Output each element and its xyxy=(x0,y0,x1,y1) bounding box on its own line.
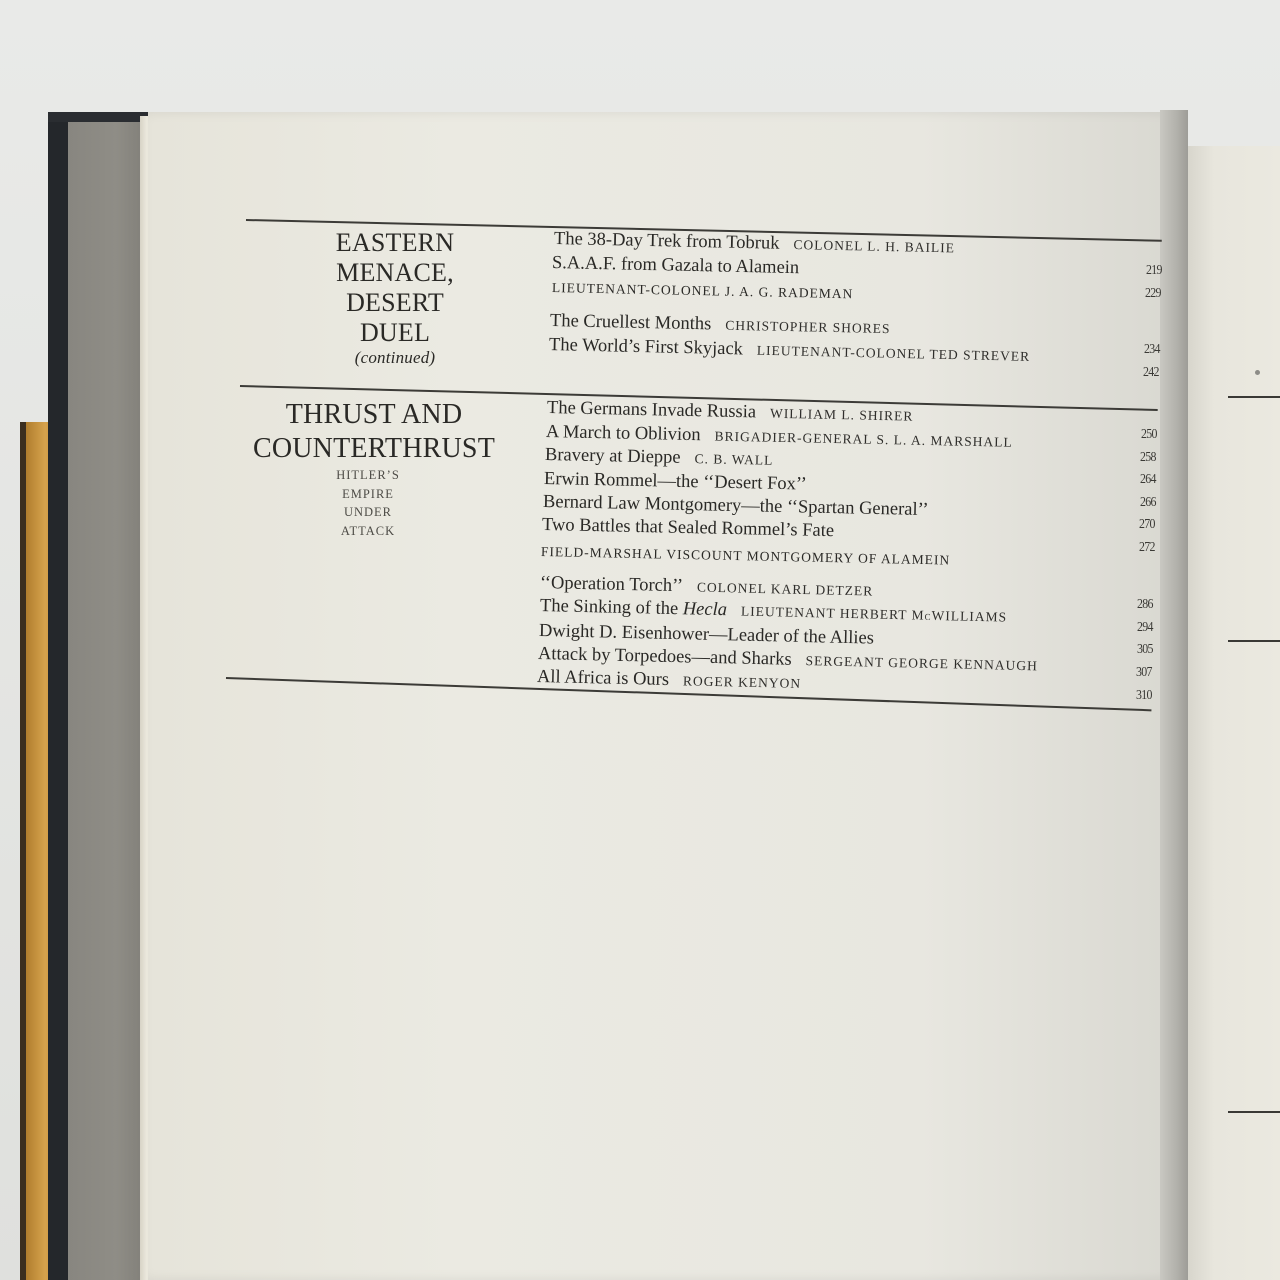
right-page xyxy=(1186,146,1280,1280)
page-number: 270 xyxy=(1139,517,1155,533)
entry-title: The Sinking of the xyxy=(540,596,683,619)
section-title-thrust-and-counterthrust: THRUST AND COUNTERTHRUST xyxy=(246,398,502,466)
endpaper xyxy=(68,120,148,1280)
page-number: 272 xyxy=(1139,540,1155,556)
entry-title: ‘‘Operation Torch’’ xyxy=(540,573,683,596)
entry-author: BRIGADIER-GENERAL S. L. A. MARSHALL xyxy=(714,429,1012,450)
section-title-line: THRUST AND xyxy=(246,398,502,432)
entry-author: CHRISTOPHER SHORES xyxy=(725,318,890,336)
right-page-rule xyxy=(1228,1111,1280,1113)
entry-author: COLONEL L. H. BAILIE xyxy=(793,237,955,255)
section-title-eastern-menace: EASTERN MENACE, DESERT DUEL (continued) xyxy=(320,228,470,368)
page-number: 310 xyxy=(1136,688,1152,704)
subtitle-line: EMPIRE xyxy=(318,485,418,504)
entry-title: Erwin Rommel—the ‘‘Desert Fox’’ xyxy=(544,469,807,495)
right-page-rule xyxy=(1228,640,1280,642)
page-number: 305 xyxy=(1137,642,1153,658)
entry-author: LIEUTENANT-COLONEL J. A. G. RADEMAN xyxy=(552,280,854,301)
page-number: 266 xyxy=(1140,495,1156,511)
entry-author: COLONEL KARL DETZER xyxy=(697,580,874,599)
page-number: 234 xyxy=(1144,342,1160,358)
section-subtitle: HITLER’S EMPIRE UNDER ATTACK xyxy=(318,466,418,540)
entry-author: SERGEANT GEORGE KENNAUGH xyxy=(805,653,1038,673)
right-page-mark xyxy=(1255,370,1260,375)
entry-author: C. B. WALL xyxy=(694,451,773,468)
section-title-line: DUEL xyxy=(320,318,470,348)
entry-author: FIELD-MARSHAL VISCOUNT MONTGOMERY OF ALA… xyxy=(541,544,951,568)
section-title-line: EASTERN xyxy=(320,228,470,258)
entry-author: LIEUTENANT HERBERT McWILLIAMS xyxy=(741,604,1007,625)
entry-title: The Cruellest Months xyxy=(550,311,712,334)
entry-title-italic: Hecla xyxy=(683,599,728,620)
section-title-line: MENACE, xyxy=(320,258,470,288)
subtitle-line: UNDER xyxy=(318,503,418,522)
entry-title: Bravery at Dieppe xyxy=(545,445,681,468)
page-number: 286 xyxy=(1137,597,1153,613)
entry-title: All Africa is Ours xyxy=(537,667,669,690)
page-number: 294 xyxy=(1137,620,1153,636)
page-number: 264 xyxy=(1140,472,1156,488)
entry-title: S.A.A.F. from Gazala to Alamein xyxy=(552,253,800,278)
page-number: 229 xyxy=(1145,286,1161,302)
page-number: 250 xyxy=(1141,427,1157,443)
section-title-line: COUNTERTHRUST xyxy=(246,432,502,466)
section-title-line: DESERT xyxy=(320,288,470,318)
continued-label: (continued) xyxy=(320,348,470,368)
subtitle-line: ATTACK xyxy=(318,522,418,541)
subtitle-line: HITLER’S xyxy=(318,466,418,485)
entry-title: The 38-Day Trek from Tobruk xyxy=(554,229,780,254)
entry-author: ROGER KENYON xyxy=(683,673,801,691)
cover-corner xyxy=(48,112,148,122)
page-number: 242 xyxy=(1143,365,1159,381)
right-page-rule xyxy=(1228,396,1280,398)
page-number: 258 xyxy=(1140,450,1156,466)
entry-author: WILLIAM L. SHIRER xyxy=(770,406,914,424)
entry-title: The World’s First Skyjack xyxy=(549,335,743,359)
entry-author: LIEUTENANT-COLONEL TED STREVER xyxy=(757,343,1031,364)
entry-title: The Germans Invade Russia xyxy=(547,398,756,422)
page-number: 307 xyxy=(1136,665,1152,681)
entry-title: A March to Oblivion xyxy=(546,422,701,445)
page-gutter xyxy=(1160,110,1188,1280)
page-number: 219 xyxy=(1146,263,1162,279)
toc-entry[interactable]: Bravery at DieppeC. B. WALL xyxy=(545,444,774,472)
